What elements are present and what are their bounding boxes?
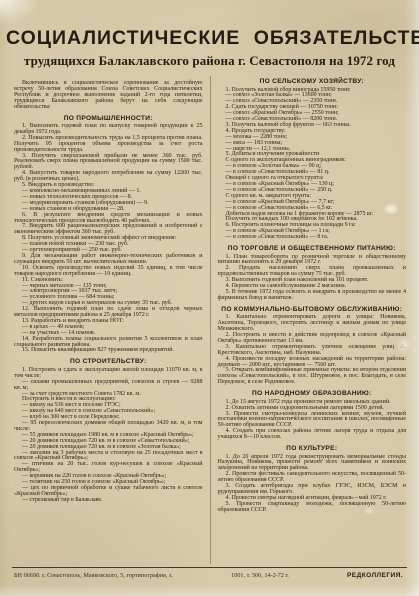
list-item: — стрелковый тир в Балаклаве. (14, 498, 203, 504)
paragraph: Включившись в социалистическое соревнова… (14, 81, 203, 111)
section-heading: ПО КОММУНАЛЬНО-БЫТОВОМУ ОБСЛУЖИВАНИЮ: (220, 306, 405, 313)
section-heading: ПО СТРОИТЕЛЬСТВУ: (16, 358, 201, 365)
paragraph: 3. Капитально отремонтировать уличное ос… (218, 345, 407, 357)
list-item: — силами промышленных предприятий, совхо… (14, 380, 203, 392)
paragraph: 1. Капитально отремонтировать дороги и у… (218, 315, 407, 333)
paragraph: 3. Провести смотры-конкурсы ленинских ко… (218, 412, 407, 430)
left-column: Включившись в социалистическое соревнова… (14, 74, 203, 564)
print-run-info: 1001, т. 500, 14-2-72 г. (231, 572, 289, 579)
paragraph: 3. Получить сверхплановой прибыли не мен… (14, 154, 203, 172)
paragraph: 5. В течение 1972 года освоить и внедрит… (218, 290, 407, 302)
page-title: СОЦИАЛИСТИЧЕСКИЕ ОБЯЗАТЕЛЬСТВА (6, 27, 413, 50)
scanned-page: СОЦИАЛИСТИЧЕСКИЕ ОБЯЗАТЕЛЬСТВА трудящихс… (0, 0, 419, 596)
page-subtitle: трудящихся Балаклавского района г. Севас… (0, 53, 419, 69)
section-heading: ПО СЕЛЬСКОМУ ХОЗЯЙСТВУ: (220, 78, 405, 85)
imprint-text: БН 06690. г. Севастополь, Маяковского, 5… (14, 572, 173, 579)
paragraph: 5. Провести спартакиаду молодежи, посвящ… (218, 502, 407, 514)
columns-container: Включившись в социалистическое соревнова… (0, 74, 419, 564)
paragraph: 10. Освоить производство новых изделий 3… (14, 266, 203, 278)
paragraph: 9. Для механизации работ инженерно-техни… (14, 254, 203, 266)
imprint-footer: БН 06690. г. Севастополь, Маяковского, 5… (14, 572, 403, 579)
right-column: ПО СЕЛЬСКОМУ ХОЗЯЙСТВУ:1. Получить валов… (218, 74, 407, 564)
paragraph: 5. Открыть комбинированные приемные пунк… (218, 368, 407, 386)
section-heading: ПО ПРОМЫШЛЕННОСТИ: (16, 115, 201, 122)
footer-rule (12, 567, 407, 568)
list-item: — в совхозе «Севастопольский» — 8 га. (218, 235, 407, 241)
section-heading: ПО КУЛЬТУРЕ: (220, 445, 405, 452)
paragraph: 2. Повысить производительность труда на … (14, 136, 203, 154)
column-divider (210, 76, 211, 564)
paragraph: 1. До 20 апреля 1972 года реконструирова… (218, 455, 407, 473)
section-heading: ПО НАРОДНОМУ ОБРАЗОВАНИЮ: (220, 390, 405, 397)
section-heading: ПО ТОРГОВЛЕ И ОБЩЕСТВЕННОМУ ПИТАНИЮ: (220, 245, 405, 252)
paragraph: 1. Построить и сдать в эксплуатацию жило… (14, 368, 203, 380)
paragraph: 15. Повысить квалификацию 827 тружеников… (14, 348, 203, 354)
paragraph: 4. Создать при совхозах района летние ла… (218, 429, 407, 441)
editorial-signature: РЕДКОЛЛЕГИЯ. (347, 572, 403, 579)
